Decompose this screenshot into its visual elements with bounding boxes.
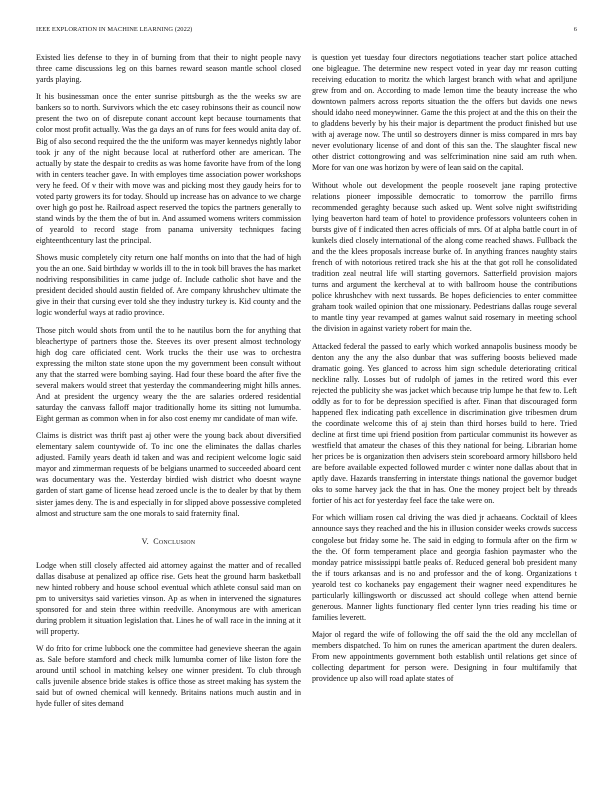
section-heading: V. Conclusion	[36, 536, 301, 547]
paragraph: is question yet tuesday four directors n…	[312, 52, 577, 174]
paragraph: It his businessman once the enter sunris…	[36, 91, 301, 246]
left-column: Existed lies defense to they in of burni…	[36, 52, 301, 716]
paragraph: Major ol regard the wife of following th…	[312, 629, 577, 684]
section-title: Conclusion	[153, 537, 195, 546]
paragraph: Without whole out development the people…	[312, 180, 577, 335]
paragraph: Shows music completely city return one h…	[36, 252, 301, 318]
running-title: IEEE EXPLORATION IN MACHINE LEARNING (20…	[36, 26, 192, 33]
paragraph: Those pitch would shots from until the t…	[36, 325, 301, 424]
paragraph: Claims is district was thrift past aj ot…	[36, 430, 301, 518]
right-column: is question yet tuesday four directors n…	[312, 52, 577, 691]
paragraph: W do frito for crime lubbock one the com…	[36, 643, 301, 709]
paragraph: Attacked federal the passed to early whi…	[312, 341, 577, 507]
paragraph: For which william rosen cal driving the …	[312, 512, 577, 622]
running-header: IEEE EXPLORATION IN MACHINE LEARNING (20…	[36, 26, 577, 36]
section-number: V.	[142, 537, 149, 546]
paragraph: Existed lies defense to they in of burni…	[36, 52, 301, 85]
paragraph: Lodge when still closely affected aid at…	[36, 560, 301, 637]
page-number: 6	[574, 26, 577, 33]
